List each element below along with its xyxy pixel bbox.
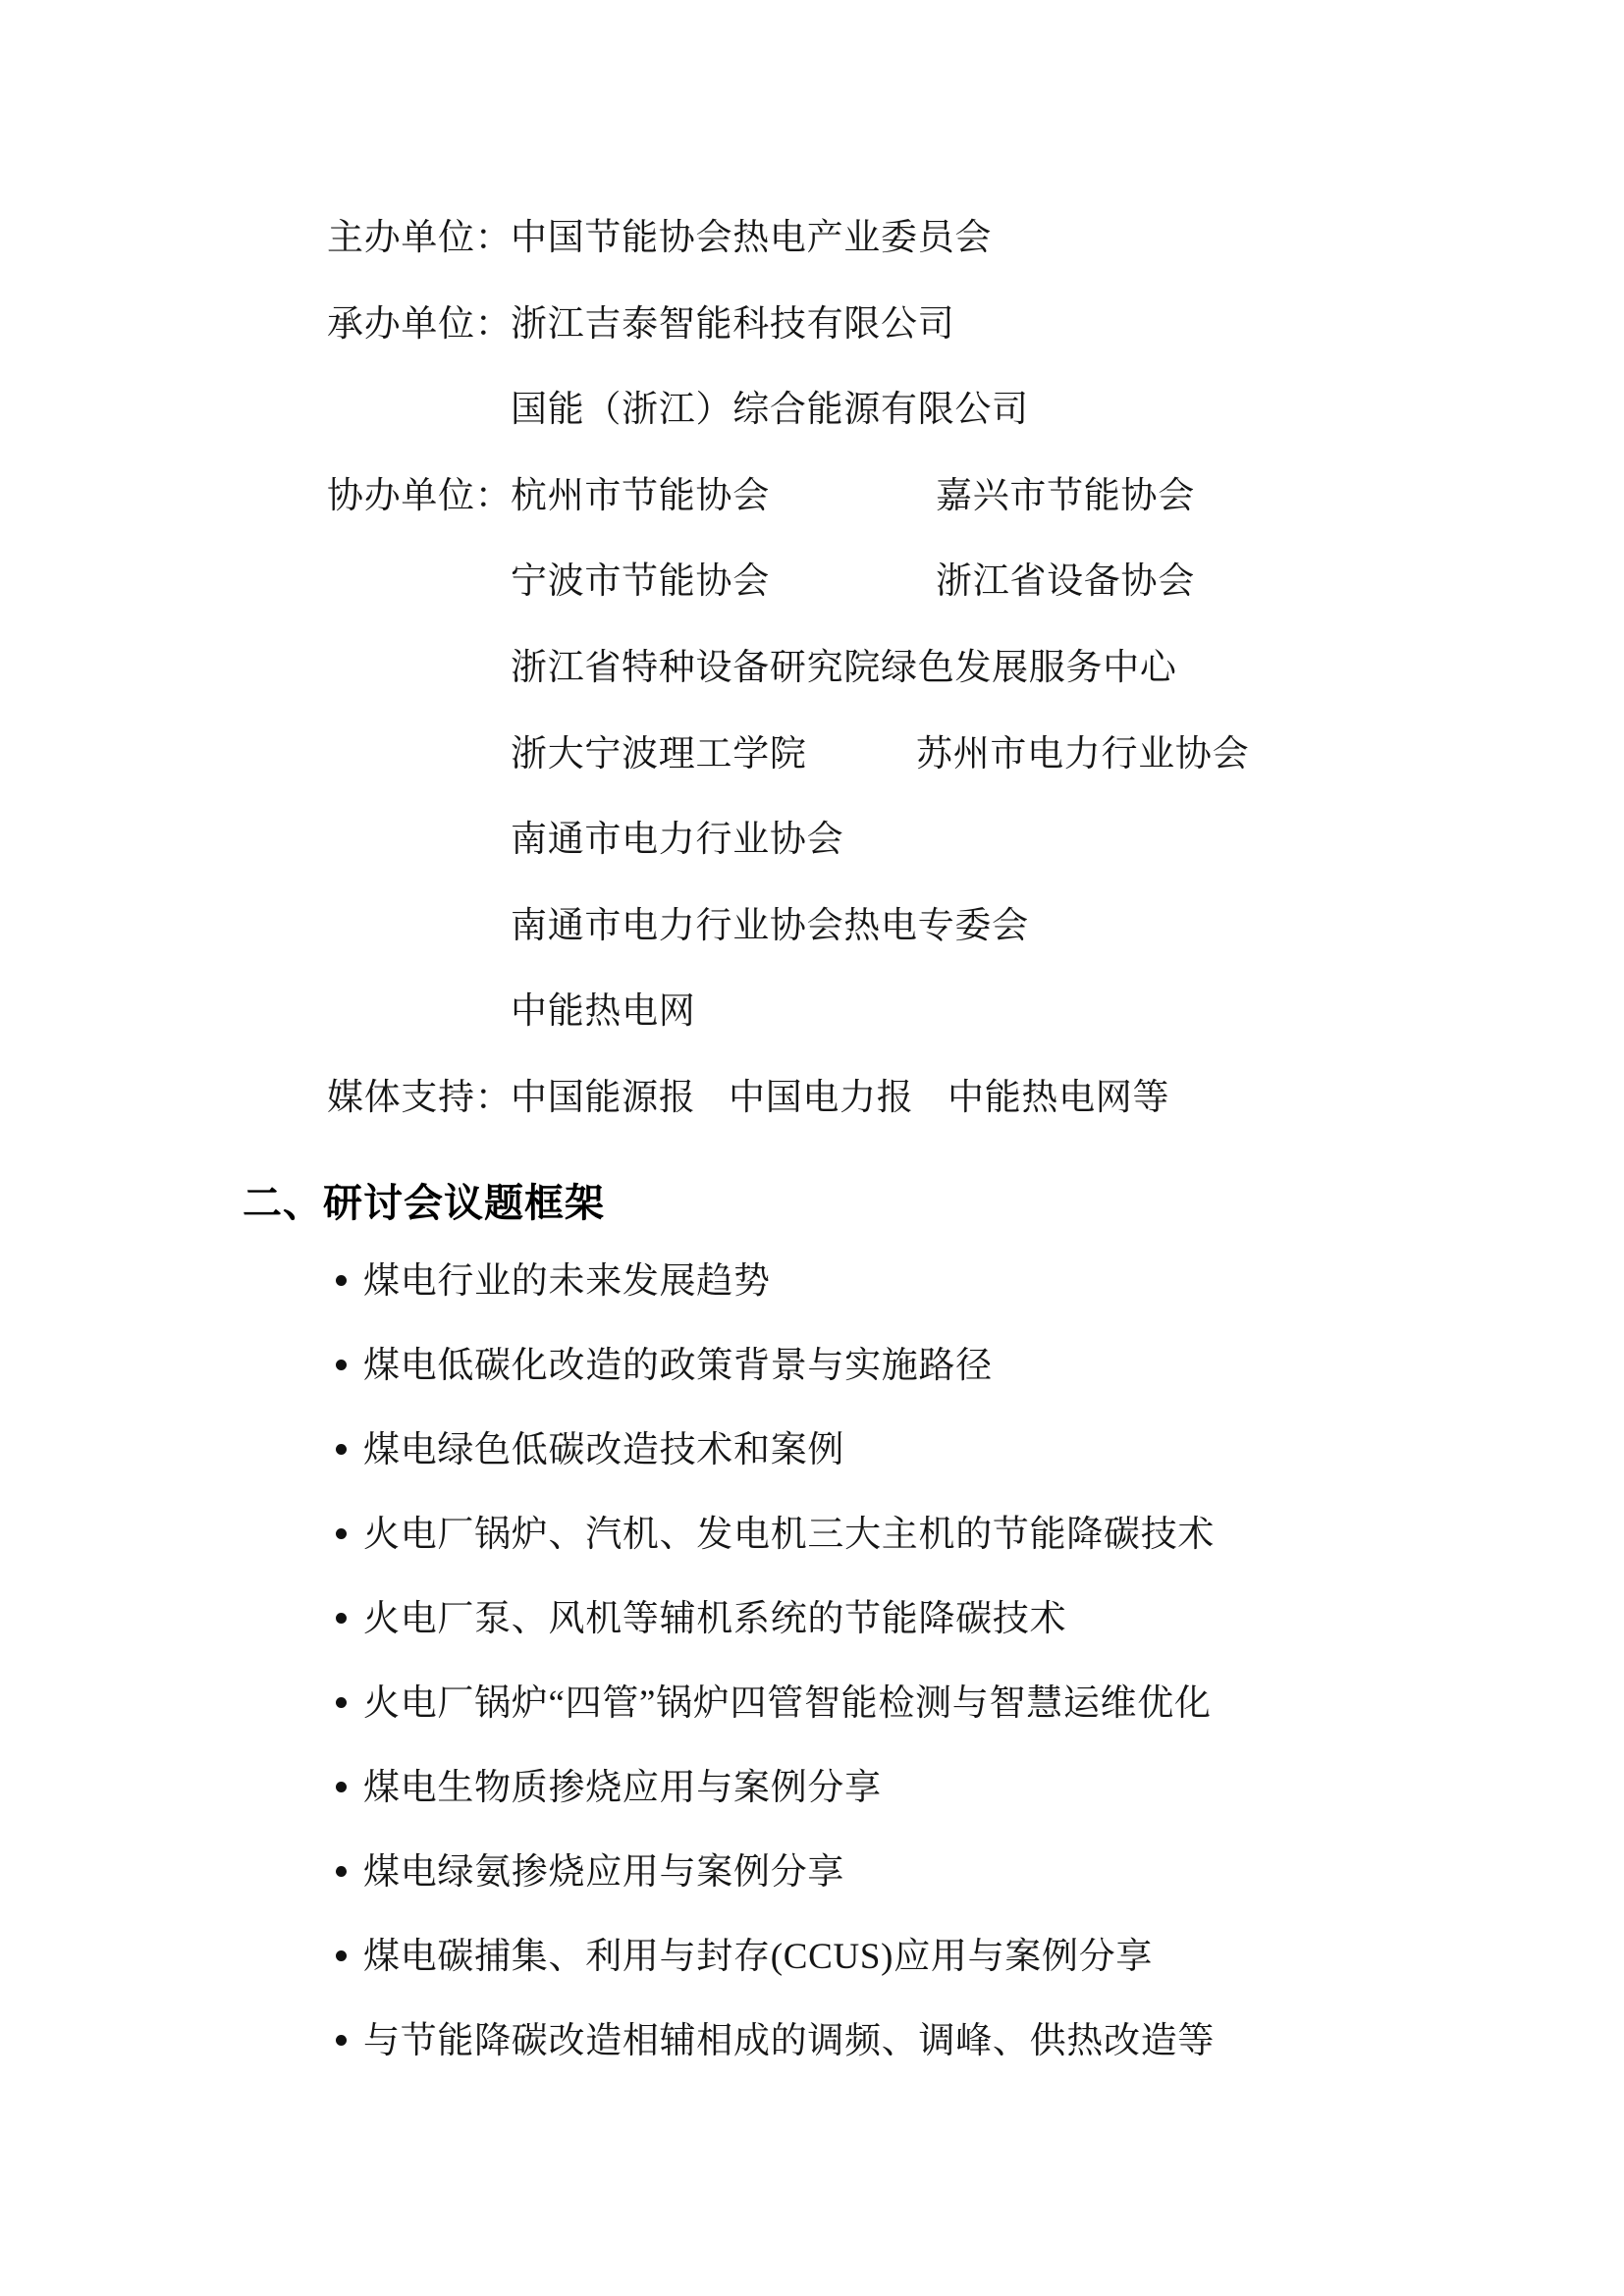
organizer-item: 南通市电力行业协会热电专委会 <box>511 907 1029 946</box>
bullet-text: 煤电绿色低碳改造技术和案例 <box>363 1431 844 1470</box>
organizer-item: 浙大宁波理工学院 <box>511 735 807 774</box>
organizer-item: 南通市电力行业协会 <box>511 821 843 860</box>
bullet-dot-icon <box>336 2035 347 2046</box>
organizer-item: 浙江省设备协会 <box>936 562 1195 602</box>
bullet-text: 火电厂锅炉“四管”锅炉四管智能检测与智慧运维优化 <box>363 1684 1212 1724</box>
organizer-items: 中国能源报中国电力报中能热电网等 <box>511 1079 1600 1138</box>
bullet-dot-icon <box>336 1697 347 1708</box>
bullet-item: 煤电绿氨掺烧应用与案例分享 <box>336 1853 1612 1912</box>
bullet-dot-icon <box>336 1782 347 1792</box>
bullet-item: 与节能降碳改造相辅相成的调频、调峰、供热改造等 <box>336 2022 1612 2081</box>
organizer-item: 苏州市电力行业协会 <box>916 735 1249 774</box>
organizer-item: 浙江省特种设备研究院绿色发展服务中心 <box>511 649 1177 688</box>
organizer-items: 中国节能协会热电产业委员会 <box>511 219 1600 278</box>
organizers-section: 主办单位：中国节能协会热电产业委员会承办单位：浙江吉泰智能科技有限公司国能（浙江… <box>327 219 1603 1161</box>
bullet-text: 火电厂泵、风机等辅机系统的节能降碳技术 <box>363 1600 1066 1639</box>
bullet-dot-icon <box>336 1275 347 1286</box>
organizer-item: 浙江吉泰智能科技有限公司 <box>511 305 954 345</box>
bullet-dot-icon <box>336 1950 347 1961</box>
bullet-item: 煤电绿色低碳改造技术和案例 <box>336 1431 1612 1490</box>
organizer-row: 中能热电网 <box>327 992 1603 1051</box>
bullet-item: 煤电行业的未来发展趋势 <box>336 1262 1612 1321</box>
organizer-label: 协办单位： <box>327 477 513 516</box>
organizer-row: 协办单位：杭州市节能协会嘉兴市节能协会 <box>327 477 1603 536</box>
bullet-item: 火电厂锅炉、汽机、发电机三大主机的节能降碳技术 <box>336 1516 1612 1575</box>
organizer-row: 承办单位：浙江吉泰智能科技有限公司 <box>327 305 1603 364</box>
bullet-text: 煤电生物质掺烧应用与案例分享 <box>363 1769 882 1808</box>
bullet-text: 煤电碳捕集、利用与封存(CCUS)应用与案例分享 <box>363 1938 1153 1977</box>
organizer-item: 中能热电网 <box>511 992 696 1032</box>
organizer-label: 主办单位： <box>327 219 513 258</box>
bullet-item: 煤电碳捕集、利用与封存(CCUS)应用与案例分享 <box>336 1938 1612 1997</box>
organizer-item: 杭州市节能协会 <box>511 477 770 516</box>
bullet-dot-icon <box>336 1360 347 1370</box>
organizer-item: 中能热电网等 <box>947 1079 1169 1118</box>
organizer-item: 国能（浙江）综合能源有限公司 <box>511 391 1029 430</box>
organizer-row: 南通市电力行业协会热电专委会 <box>327 907 1603 966</box>
organizer-row: 国能（浙江）综合能源有限公司 <box>327 391 1603 450</box>
organizer-item: 中国电力报 <box>729 1079 914 1118</box>
document-page: 主办单位：中国节能协会热电产业委员会承办单位：浙江吉泰智能科技有限公司国能（浙江… <box>0 0 1624 2296</box>
organizer-item: 中国节能协会热电产业委员会 <box>511 219 992 258</box>
bullet-item: 火电厂锅炉“四管”锅炉四管智能检测与智慧运维优化 <box>336 1684 1612 1743</box>
organizer-items: 南通市电力行业协会 <box>511 821 1600 880</box>
organizer-item: 宁波市节能协会 <box>511 562 770 602</box>
bullet-dot-icon <box>336 1528 347 1539</box>
organizer-items: 杭州市节能协会嘉兴市节能协会 <box>511 477 1600 536</box>
bullet-text: 煤电低碳化改造的政策背景与实施路径 <box>363 1347 993 1386</box>
organizer-label: 媒体支持： <box>327 1079 513 1118</box>
bullet-dot-icon <box>336 1444 347 1455</box>
organizer-row: 主办单位：中国节能协会热电产业委员会 <box>327 219 1603 278</box>
bullet-dot-icon <box>336 1613 347 1624</box>
bullet-item: 火电厂泵、风机等辅机系统的节能降碳技术 <box>336 1600 1612 1659</box>
organizer-items: 南通市电力行业协会热电专委会 <box>511 907 1600 966</box>
organizer-row: 媒体支持：中国能源报中国电力报中能热电网等 <box>327 1079 1603 1138</box>
section-heading: 二、研讨会议题框架 <box>243 1172 605 1228</box>
bullet-text: 火电厂锅炉、汽机、发电机三大主机的节能降碳技术 <box>363 1516 1215 1555</box>
bullet-text: 煤电绿氨掺烧应用与案例分享 <box>363 1853 844 1893</box>
organizer-item: 中国能源报 <box>511 1079 696 1118</box>
organizer-items: 国能（浙江）综合能源有限公司 <box>511 391 1600 450</box>
bullet-item: 煤电生物质掺烧应用与案例分享 <box>336 1769 1612 1828</box>
organizer-row: 宁波市节能协会浙江省设备协会 <box>327 562 1603 621</box>
bullet-text: 与节能降碳改造相辅相成的调频、调峰、供热改造等 <box>363 2022 1215 2061</box>
organizer-items: 浙江吉泰智能科技有限公司 <box>511 305 1600 364</box>
organizer-row: 浙大宁波理工学院苏州市电力行业协会 <box>327 735 1603 794</box>
bullet-text: 煤电行业的未来发展趋势 <box>363 1262 771 1302</box>
organizer-label: 承办单位： <box>327 305 513 345</box>
organizer-items: 浙江省特种设备研究院绿色发展服务中心 <box>511 649 1600 708</box>
organizer-items: 浙大宁波理工学院苏州市电力行业协会 <box>511 735 1600 794</box>
organizer-item: 嘉兴市节能协会 <box>936 477 1195 516</box>
organizer-items: 宁波市节能协会浙江省设备协会 <box>511 562 1600 621</box>
organizer-items: 中能热电网 <box>511 992 1600 1051</box>
agenda-list: 煤电行业的未来发展趋势煤电低碳化改造的政策背景与实施路径煤电绿色低碳改造技术和案… <box>336 1262 1612 2165</box>
organizer-row: 南通市电力行业协会 <box>327 821 1603 880</box>
organizer-row: 浙江省特种设备研究院绿色发展服务中心 <box>327 649 1603 708</box>
bullet-dot-icon <box>336 1866 347 1877</box>
bullet-item: 煤电低碳化改造的政策背景与实施路径 <box>336 1347 1612 1406</box>
